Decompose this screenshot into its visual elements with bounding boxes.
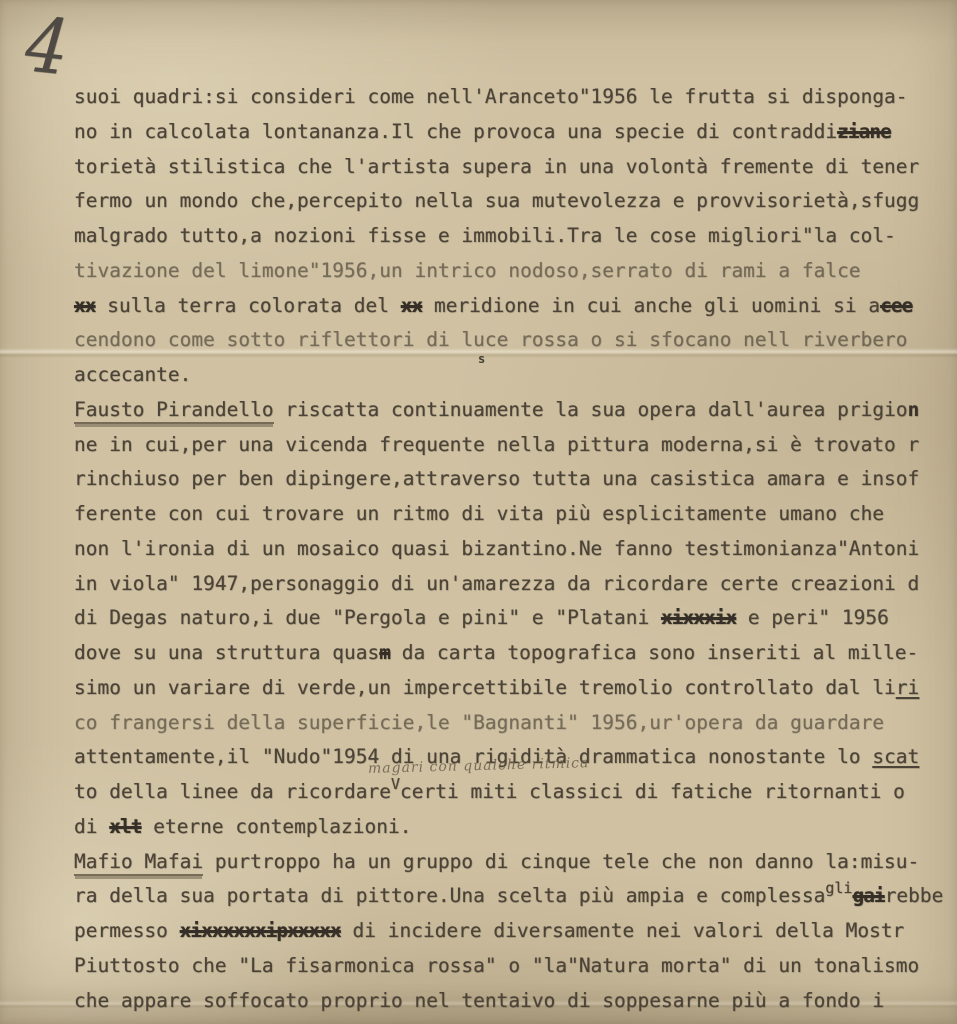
typed-line: Fausto Pirandello riscatta continuamente… [74, 393, 957, 428]
typed-line: dove su una struttura quasm da carta top… [74, 636, 957, 671]
typed-segment-n: meridione in cui anche gli uomini si a [422, 294, 880, 317]
typed-segment-n: accecante. [74, 363, 191, 386]
typed-line: co frangersi della superficie,le "Bagnan… [74, 706, 957, 741]
typed-segment-n: di Degas naturo,i due "Pergola e pini" e… [74, 606, 661, 629]
typed-segment-n: to della linee da ricordare [74, 780, 391, 803]
typed-segment-n: riscatta continuamente la sua opera dall… [274, 398, 908, 421]
typed-line: simo un variare di verde,un impercettibi… [74, 671, 957, 706]
typed-line: ferente con cui trovare un ritmo di vita… [74, 497, 957, 532]
typed-segment-n: e peri" 1956 [736, 606, 889, 629]
typed-segment-n: cendono come sotto riflettori di luce ro… [74, 328, 908, 351]
typed-segment-n: no in calcolata lontananza.Il che provoc… [74, 120, 837, 143]
typed-line: no in calcolata lontananza.Il che provoc… [74, 115, 957, 150]
typed-segment-n: permesso [74, 919, 180, 942]
typed-segment-n: sulla terra colorata del [95, 294, 400, 317]
typed-segment-n: ne in cui,per una vicenda frequente nell… [74, 433, 919, 456]
typed-segment-n: Piuttosto che "La fisarmonica rossa" o "… [74, 954, 919, 977]
typed-segment-n: da carta topografica sono inseriti al mi… [390, 641, 918, 664]
typed-line: di Degas naturo,i due "Pergola e pini" e… [74, 601, 957, 636]
typed-segment-k: xixxxix [661, 606, 736, 629]
typed-text-block: suoi quadri:si consideri come nell'Aranc… [74, 80, 957, 1018]
typed-segment-n: non l'ironia di un mosaico quasi bizanti… [74, 537, 919, 560]
typed-line: ne in cui,per una vicenda frequente nell… [74, 428, 957, 463]
typed-segment-n: ra della sua portata di pittore.Una scel… [74, 884, 825, 907]
typed-segment-k: xlt [109, 815, 141, 838]
manuscript-page: 4 suoi quadri:si consideri come nell'Ara… [0, 0, 957, 1024]
typed-segment-n: tivazione del limone"1956,un intrico nod… [74, 259, 861, 282]
typed-segment-n: simo un variare di verde,un impercettibi… [74, 676, 896, 699]
typed-segment-n: eterne contemplazioni. [141, 815, 411, 838]
typed-line: malgrado tutto,a nozioni fisse e immobil… [74, 219, 957, 254]
typed-line: xx sulla terra colorata del xx meridione… [74, 289, 957, 324]
typed-line: torietà stilistica che l'artista supera … [74, 150, 957, 185]
typed-line: Piuttosto che "La fisarmonica rossa" o "… [74, 949, 957, 984]
typed-segment-n: ferente con cui trovare un ritmo di vita… [74, 502, 884, 525]
typed-segment-n: dove su una struttura quas [74, 641, 379, 664]
typed-segment-k: m [379, 641, 390, 664]
typed-line: accecante. [74, 358, 957, 393]
typed-line: to della linee da ricordareVcerti miti c… [74, 775, 957, 810]
typed-segment-k: cee [880, 294, 912, 317]
typed-line: suoi quadri:si consideri come nell'Aranc… [74, 80, 957, 115]
typed-segment-k: ziane [837, 120, 891, 143]
typed-line: permesso xixxxxxxipxxxxx di incidere div… [74, 914, 957, 949]
typed-segment-n: rinchiuso per ben dipingere,attraverso t… [74, 467, 919, 490]
typed-segment-n: purtroppo ha un gruppo di cinque tele ch… [203, 850, 919, 873]
typed-segment-n: che appare soffocato proprio nel tentaiv… [74, 989, 884, 1012]
typed-segment-u: ri [896, 676, 919, 699]
typed-line: in viola" 1947,personaggio di un'amarezz… [74, 567, 957, 602]
typed-line: cendono come sotto riflettori di luce ro… [74, 323, 957, 358]
typed-segment-k: xixxxxxxipxxxxx [180, 919, 341, 942]
typed-segment-n: di [74, 815, 109, 838]
typed-segment-n: torietà stilistica che l'artista supera … [74, 155, 919, 178]
typed-segment-n: in viola" 1947,personaggio di un'amarezz… [74, 572, 919, 595]
typed-segment-hu: Mafio Mafai [74, 850, 203, 876]
handwritten-page-number: 4 [21, 0, 72, 92]
typed-segment-n: di incidere diversamente nei valori dell… [341, 919, 905, 942]
typed-segment-n: certi miti classici di fatiche ritornant… [400, 780, 905, 803]
typed-line: tivazione del limone"1956,un intrico nod… [74, 254, 957, 289]
typed-segment-k: xx [401, 294, 422, 317]
typed-segment-u: scat [872, 745, 919, 768]
typed-line: rinchiuso per ben dipingere,attraverso t… [74, 462, 957, 497]
typed-line: che appare soffocato proprio nel tentaiv… [74, 984, 957, 1019]
typed-segment-n: fermo un mondo che,percepito nella sua m… [74, 189, 919, 212]
typed-line: ra della sua portata di pittore.Una scel… [74, 879, 957, 914]
typed-segment-sup: gli [825, 871, 852, 906]
typed-segment-n: co frangersi della superficie,le "Bagnan… [74, 711, 884, 734]
typed-segment-k: xx [74, 294, 95, 317]
typed-segment-n: rebbe [885, 884, 944, 907]
typed-segment-k: gai [852, 884, 884, 907]
typed-segment-n: suoi quadri:si consideri come nell'Aranc… [74, 85, 908, 108]
typed-line: fermo un mondo che,percepito nella sua m… [74, 184, 957, 219]
typed-segment-n: malgrado tutto,a nozioni fisse e immobil… [74, 224, 896, 247]
stray-typed-mark: s [478, 352, 485, 366]
typed-line: non l'ironia di un mosaico quasi bizanti… [74, 532, 957, 567]
typed-segment-b: n [908, 398, 920, 421]
typed-line: di xlt eterne contemplazioni. [74, 810, 957, 845]
typed-segment-hu: Fausto Pirandello [74, 398, 274, 424]
